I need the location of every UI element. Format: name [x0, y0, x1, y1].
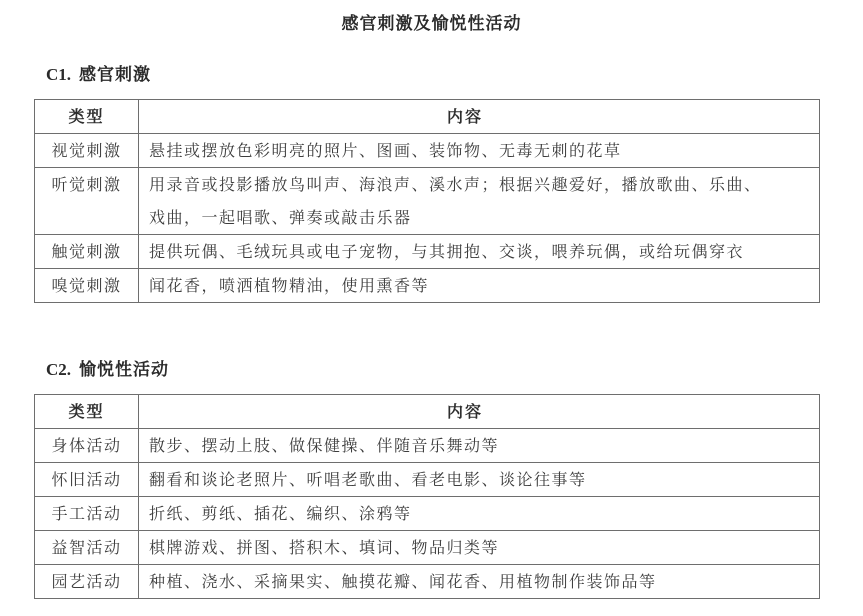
section-number: C1. — [46, 65, 71, 84]
type-cell: 身体活动 — [35, 429, 139, 463]
content-cell: 提供玩偶、毛绒玩具或电子宠物，与其拥抱、交谈，喂养玩偶，或给玩偶穿衣 — [139, 235, 820, 269]
column-header-content: 内容 — [139, 395, 820, 429]
table-row: 视觉刺激 悬挂或摆放色彩明亮的照片、图画、装饰物、无毒无刺的花草 — [35, 134, 820, 168]
table-row: 嗅觉刺激 闻花香，喷洒植物精油，使用熏香等 — [35, 269, 820, 303]
content-cell: 折纸、剪纸、插花、编织、涂鸦等 — [139, 497, 820, 531]
content-cell: 棋牌游戏、拼图、搭积木、填词、物品归类等 — [139, 531, 820, 565]
table-header-row: 类型 内容 — [35, 395, 820, 429]
section-title: 愉悦性活动 — [79, 360, 169, 380]
section-heading-c1: C1.感官刺激 — [46, 60, 151, 85]
type-cell: 园艺活动 — [35, 565, 139, 599]
table-row: 身体活动 散步、摆动上肢、做保健操、伴随音乐舞动等 — [35, 429, 820, 463]
type-cell: 听觉刺激 — [35, 168, 139, 235]
column-header-type: 类型 — [35, 100, 139, 134]
type-cell: 益智活动 — [35, 531, 139, 565]
type-cell: 手工活动 — [35, 497, 139, 531]
type-cell: 视觉刺激 — [35, 134, 139, 168]
type-cell: 触觉刺激 — [35, 235, 139, 269]
table-row: 听觉刺激 用录音或投影播放鸟叫声、海浪声、溪水声；根据兴趣爱好，播放歌曲、乐曲、… — [35, 168, 820, 235]
table-row: 益智活动 棋牌游戏、拼图、搭积木、填词、物品归类等 — [35, 531, 820, 565]
content-cell: 种植、浇水、采摘果实、触摸花瓣、闻花香、用植物制作装饰品等 — [139, 565, 820, 599]
table-row: 触觉刺激 提供玩偶、毛绒玩具或电子宠物，与其拥抱、交谈，喂养玩偶，或给玩偶穿衣 — [35, 235, 820, 269]
content-line: 戏曲，一起唱歌、弹奏或敲击乐器 — [149, 201, 811, 234]
sensory-stimulation-table: 类型 内容 视觉刺激 悬挂或摆放色彩明亮的照片、图画、装饰物、无毒无刺的花草 听… — [34, 99, 820, 303]
table-row: 怀旧活动 翻看和谈论老照片、听唱老歌曲、看老电影、谈论往事等 — [35, 463, 820, 497]
section-heading-c2: C2.愉悦性活动 — [46, 355, 169, 380]
table-row: 园艺活动 种植、浇水、采摘果实、触摸花瓣、闻花香、用植物制作装饰品等 — [35, 565, 820, 599]
content-cell: 散步、摆动上肢、做保健操、伴随音乐舞动等 — [139, 429, 820, 463]
content-cell: 闻花香，喷洒植物精油，使用熏香等 — [139, 269, 820, 303]
pleasurable-activities-table: 类型 内容 身体活动 散步、摆动上肢、做保健操、伴随音乐舞动等 怀旧活动 翻看和… — [34, 394, 820, 599]
type-cell: 嗅觉刺激 — [35, 269, 139, 303]
column-header-content: 内容 — [139, 100, 820, 134]
content-cell: 悬挂或摆放色彩明亮的照片、图画、装饰物、无毒无刺的花草 — [139, 134, 820, 168]
table-row: 手工活动 折纸、剪纸、插花、编织、涂鸦等 — [35, 497, 820, 531]
content-cell: 用录音或投影播放鸟叫声、海浪声、溪水声；根据兴趣爱好，播放歌曲、乐曲、 戏曲，一… — [139, 168, 820, 235]
content-line: 用录音或投影播放鸟叫声、海浪声、溪水声；根据兴趣爱好，播放歌曲、乐曲、 — [149, 168, 811, 201]
type-cell: 怀旧活动 — [35, 463, 139, 497]
table-header-row: 类型 内容 — [35, 100, 820, 134]
document-title: 感官刺激及愉悦性活动 — [0, 9, 863, 34]
content-cell: 翻看和谈论老照片、听唱老歌曲、看老电影、谈论往事等 — [139, 463, 820, 497]
section-title: 感官刺激 — [79, 65, 151, 85]
section-number: C2. — [46, 360, 71, 379]
column-header-type: 类型 — [35, 395, 139, 429]
